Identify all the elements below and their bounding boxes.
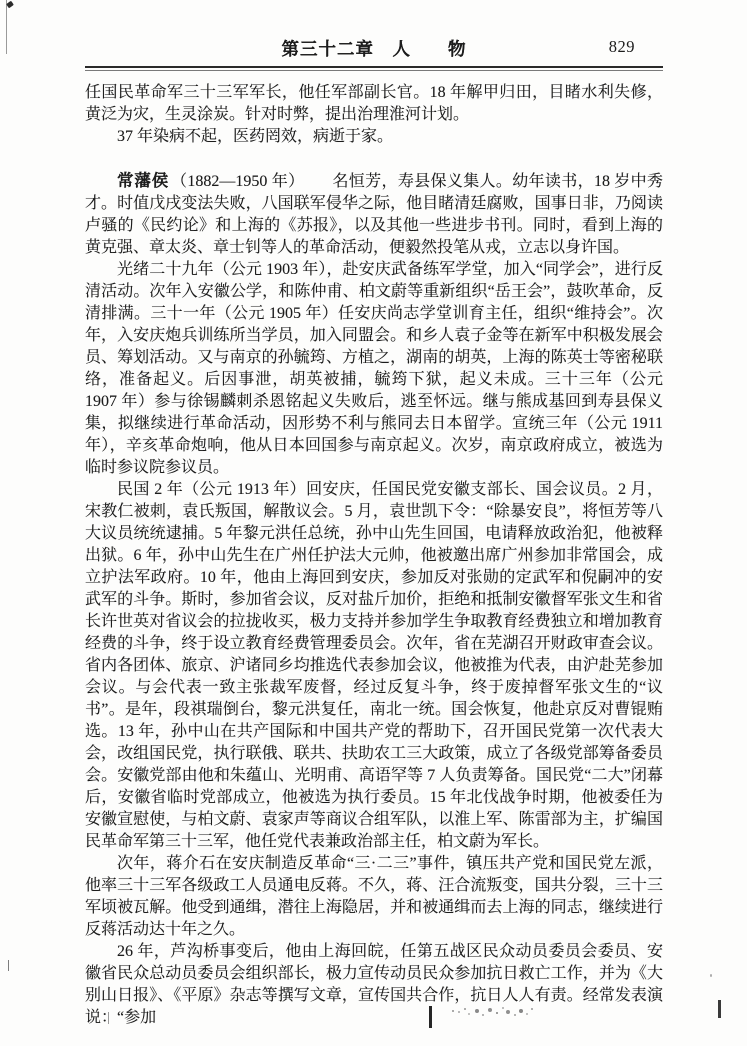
paragraph: 光绪二十九年（公元 1903 年），赴安庆武备练军学堂，加入“同学会”，进行反清…	[85, 259, 663, 479]
paragraph-death: 37 年染病不起，医药罔效，病逝于家。	[85, 126, 663, 148]
paragraph: 民国 2 年（公元 1913 年）回安庆，任国民党安徽支部长、国会议员。2 月，…	[85, 479, 663, 853]
scan-artifact	[718, 1000, 721, 1018]
scan-artifact	[6, 1, 14, 9]
scan-artifact	[6, 0, 7, 54]
header-rule-thin	[85, 70, 663, 71]
scan-artifact	[710, 974, 712, 977]
page-header: 第三十二章 人 物 829	[85, 36, 663, 60]
scan-artifact	[8, 960, 9, 971]
bio-paragraph: 常藩侯（1882—1950 年）名恒芳，寿县保义集人。幼年读书，18 岁中秀才。…	[85, 170, 663, 259]
body-text-column: 任国民革命军三十三军军长，他任军部副长官。18 年解甲归田，目睹水利失修，黄泛为…	[85, 82, 663, 1029]
scanned-book-page: 第三十二章 人 物 829 任国民革命军三十三军军长，他任军部副长官。18 年解…	[0, 0, 747, 1046]
paragraph: 26 年，芦沟桥事变后，他由上海回皖，任第五战区民众动员委员会委员、安徽省民众总…	[85, 941, 663, 1029]
paragraph-continuation: 任国民革命军三十三军军长，他任军部副长官。18 年解甲归田，目睹水利失修，黄泛为…	[85, 82, 663, 126]
header-rule-thick	[85, 66, 663, 68]
paragraph: 次年，蒋介石在安庆制造反革命“三·二三”事件，镇压共产党和国民党左派，他率三十三…	[85, 853, 663, 941]
chapter-title: 第三十二章 人 物	[85, 36, 663, 61]
page-number: 829	[609, 37, 635, 57]
person-name: 常藩侯	[117, 172, 169, 190]
header-rule	[85, 66, 663, 72]
person-dates: （1882—1950 年）	[171, 173, 304, 190]
